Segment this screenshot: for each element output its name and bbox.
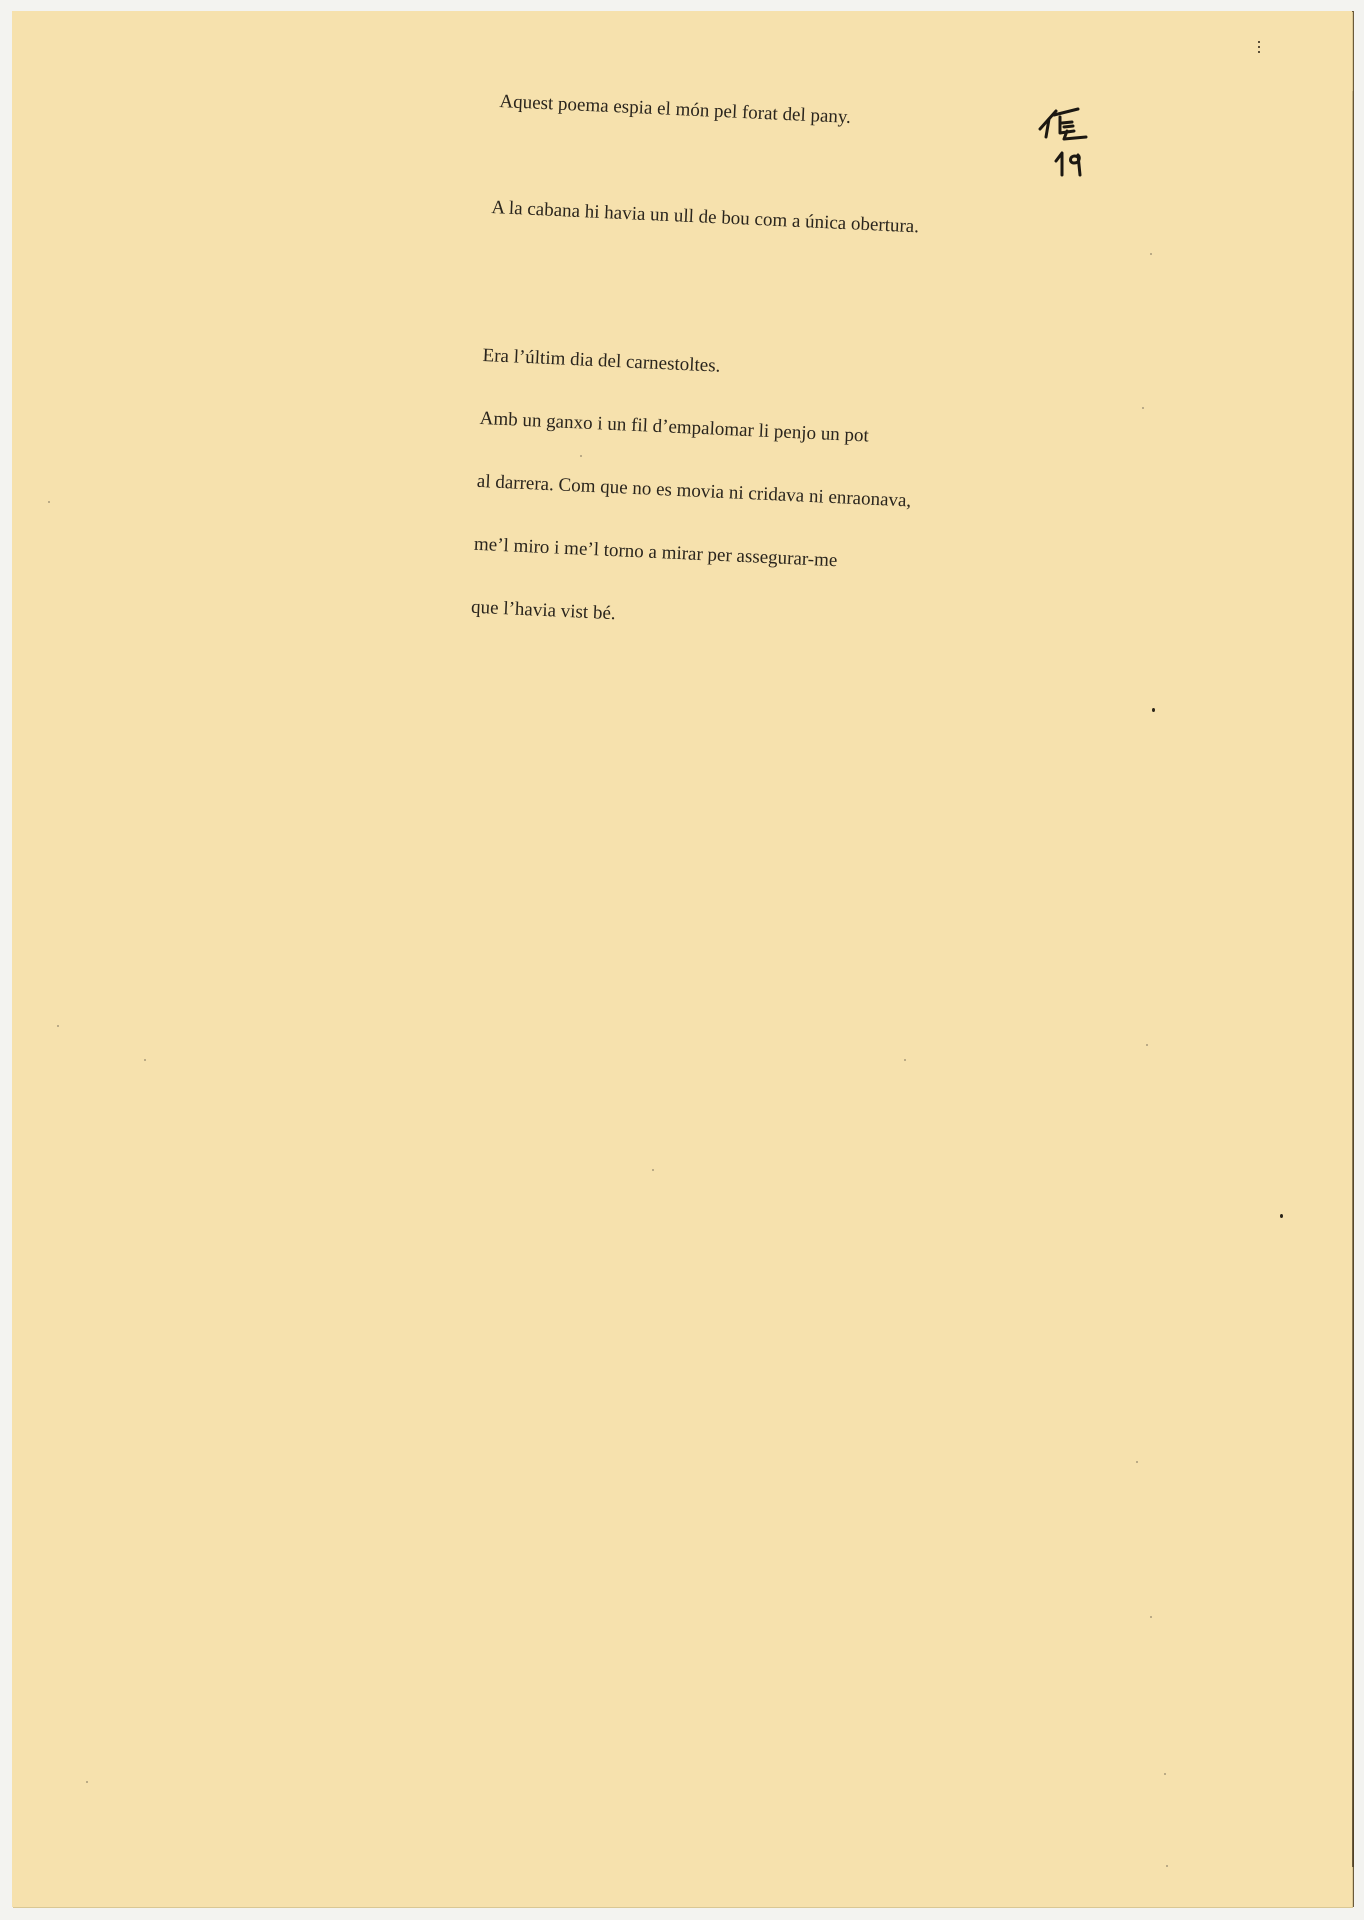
stanza-line: me’l miro i me’l torno a mirar per asseg… <box>474 534 909 575</box>
paper-speck <box>1150 1616 1152 1618</box>
poem-line-1: Aquest poema espia el món pel forat del … <box>499 91 851 128</box>
paper-speck <box>1136 1461 1138 1463</box>
paper-speck <box>580 455 582 457</box>
paper-speck <box>86 1781 88 1783</box>
paper-speck <box>1152 708 1155 712</box>
paper-speck <box>652 1169 654 1171</box>
paper-speck <box>1164 1773 1166 1775</box>
paper-speck <box>904 1059 906 1061</box>
paper-sheet: Aquest poema espia el món pel forat del … <box>12 11 1352 1907</box>
paper-speck <box>144 1059 146 1061</box>
stanza-line: Amb un ganxo i un fil d’empalomar li pen… <box>479 408 914 449</box>
poem-stanza: Era l’últim dia del carnestoltes. Amb un… <box>469 303 919 679</box>
paper-speck <box>1166 1865 1168 1867</box>
scan-artifact-mark <box>1257 41 1261 57</box>
scanned-page: Aquest poema espia el món pel forat del … <box>0 0 1364 1920</box>
stanza-line: Era l’últim dia del carnestoltes. <box>482 345 917 386</box>
paper-speck <box>1280 1214 1283 1218</box>
stanza-line: que l’havia vist bé. <box>471 597 906 638</box>
paper-speck <box>48 501 50 503</box>
paper-speck <box>1150 253 1152 255</box>
paper-speck <box>1146 1044 1148 1046</box>
poem-line-2: A la cabana hi havia un ull de bou com a… <box>491 197 919 237</box>
stanza-line: al darrera. Com que no es movia ni crida… <box>476 471 911 512</box>
handwritten-annotation-icon <box>1034 97 1094 197</box>
paper-speck <box>57 1025 59 1027</box>
paper-speck <box>1142 407 1144 409</box>
